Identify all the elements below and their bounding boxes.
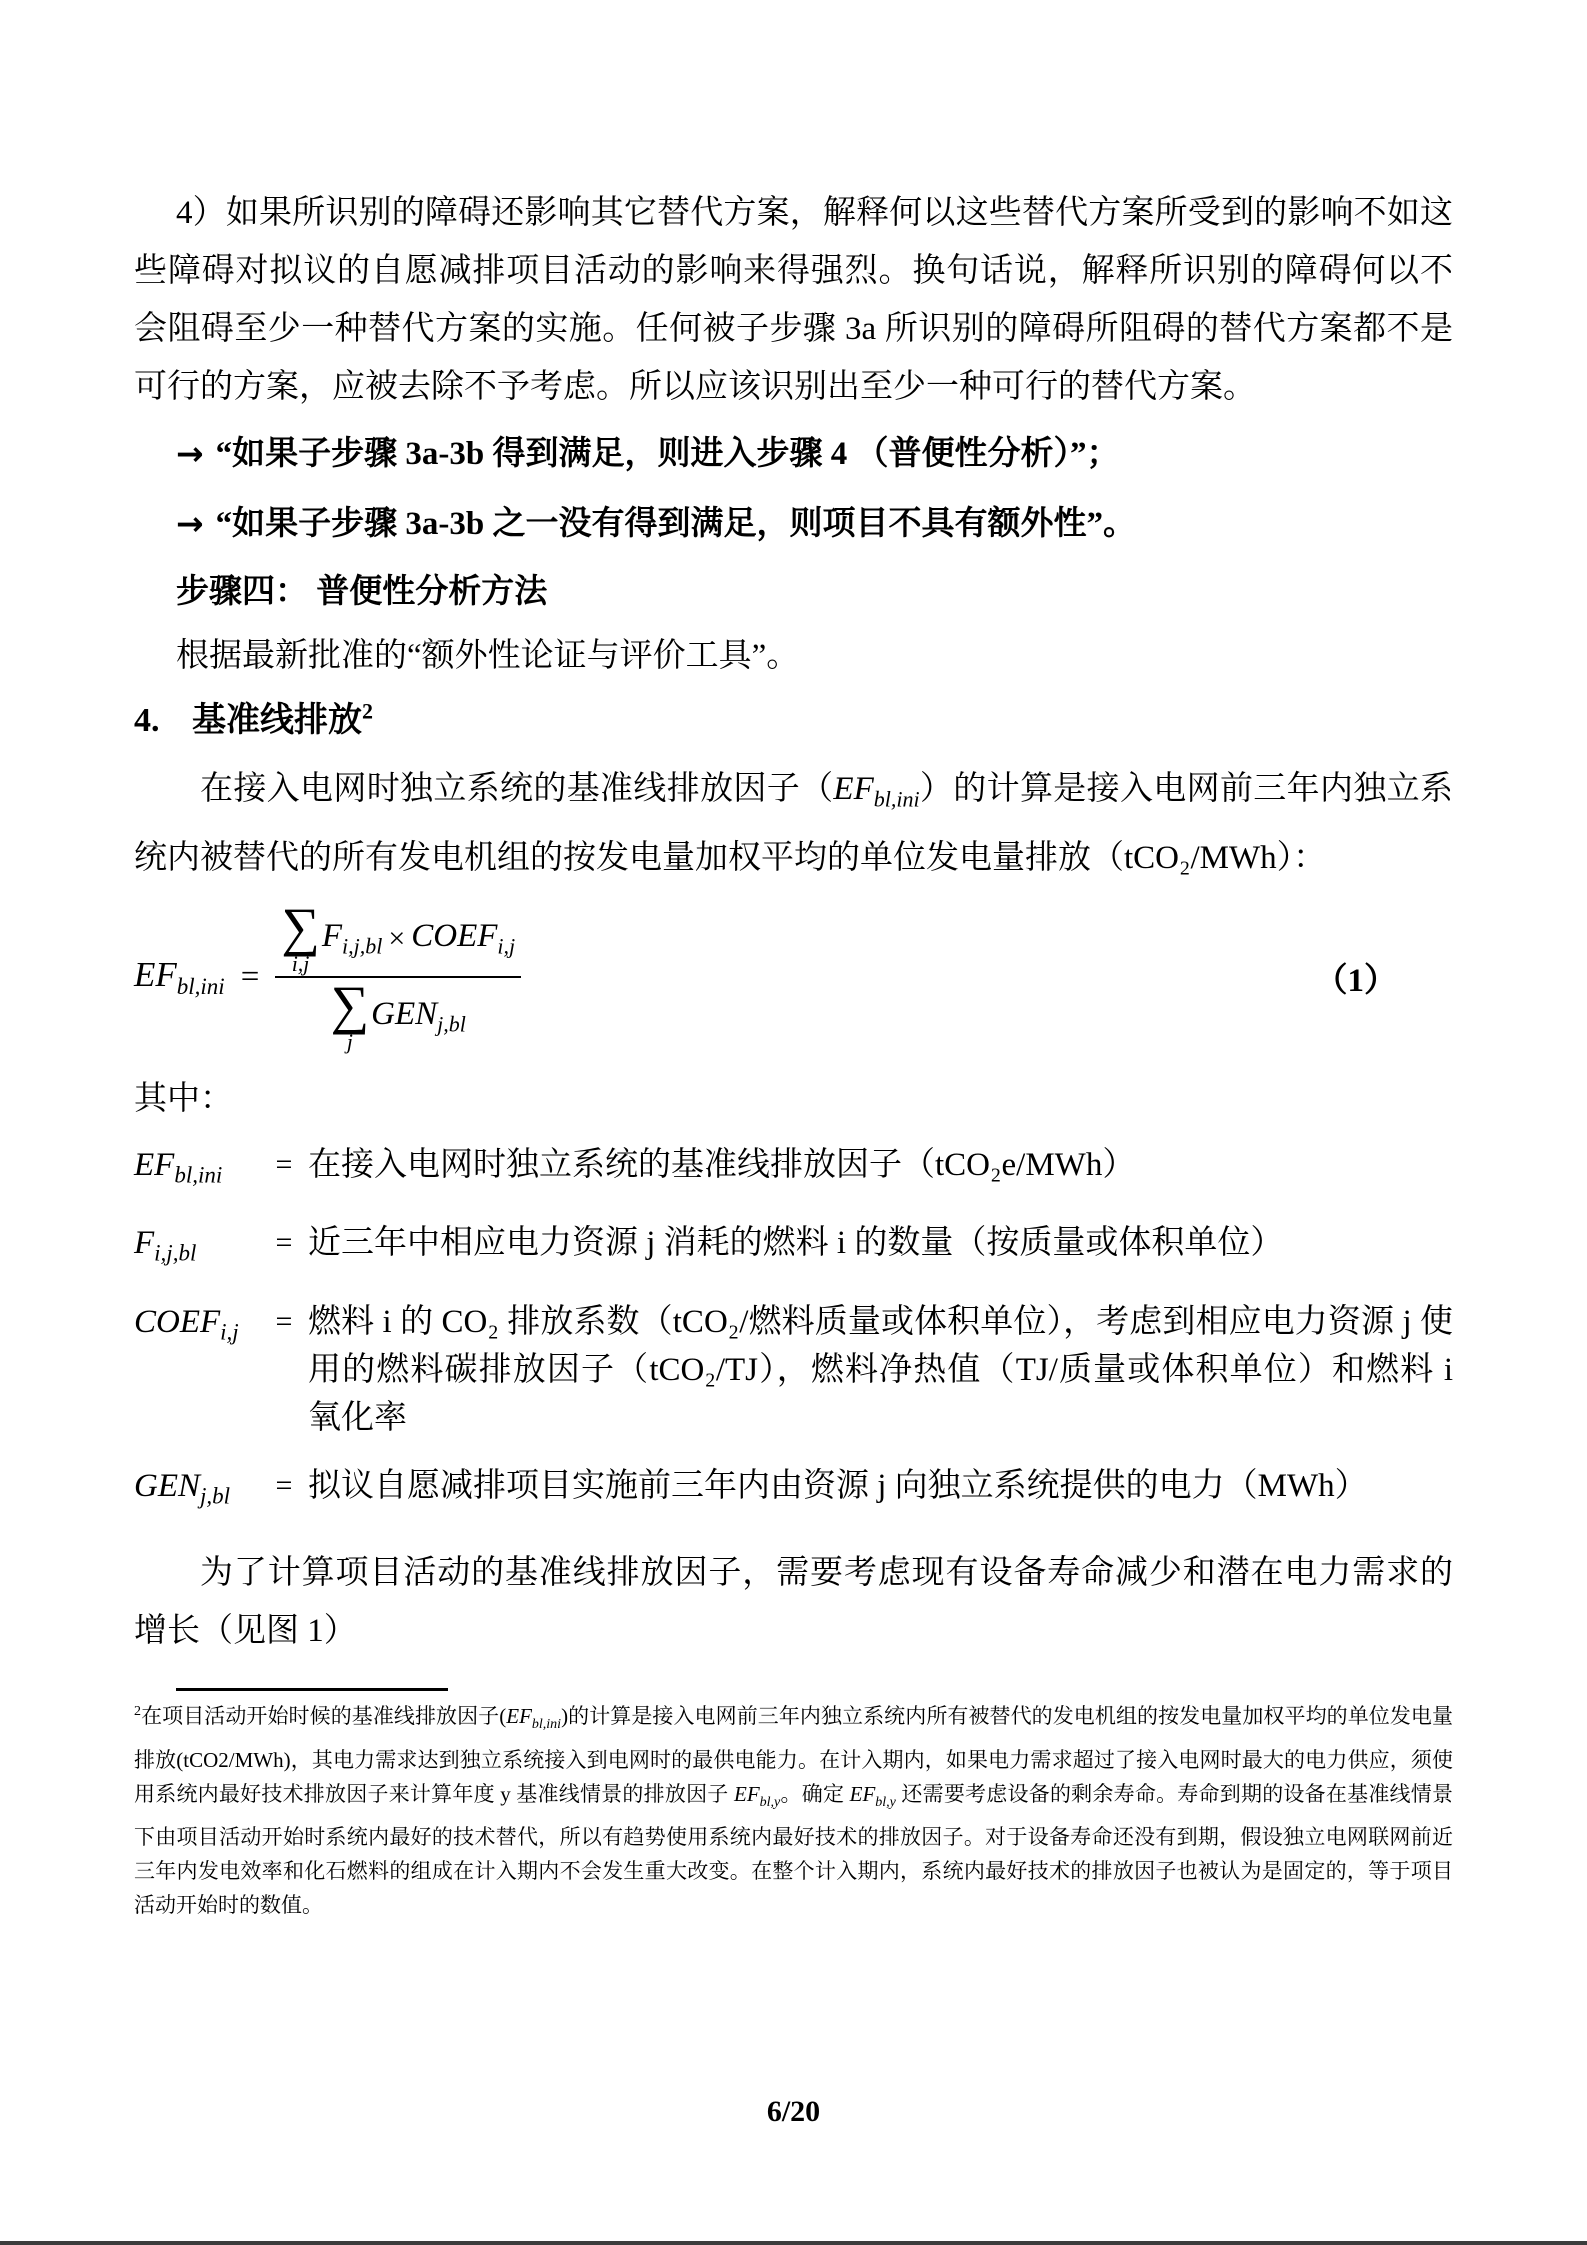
- term-ef: EFbl,ini: [134, 1141, 260, 1200]
- term-f: Fi,j,bl: [134, 1219, 260, 1278]
- sigma-icon: ∑: [281, 902, 320, 952]
- fraction-denominator: ∑ j GENj,bl: [275, 976, 521, 1054]
- equals-sign: =: [241, 959, 260, 996]
- section4-heading: 4.基准线排放2: [134, 694, 1453, 748]
- definitions-list: EFbl,ini = 在接入电网时独立系统的基准线排放因子（tCO₂e/MWh）…: [134, 1141, 1453, 1521]
- closing-paragraph: 为了计算项目活动的基准线排放因子，需要考虑现有设备寿命减少和潜在电力需求的增长（…: [134, 1544, 1453, 1660]
- coef-variable: COEFi,j: [411, 918, 515, 960]
- section4-title: 基准线排放: [192, 702, 362, 739]
- step4-heading: 步骤四： 普便性分析方法: [176, 566, 1453, 618]
- paragraph-barrier-analysis: 4）如果所识别的障碍还影响其它替代方案，解释何以这些替代方案所受到的影响不如这些…: [134, 184, 1453, 416]
- section4-number: 4.: [134, 694, 192, 748]
- definition-row-ef: EFbl,ini = 在接入电网时独立系统的基准线排放因子（tCO₂e/MWh）: [134, 1141, 1453, 1200]
- definition-text: 拟议自愿减排项目实施前三年内由资源 j 向独立系统提供的电力（MWh）: [308, 1462, 1453, 1510]
- term-gen: GENj,bl: [134, 1462, 260, 1521]
- multiply-sign: ×: [388, 922, 405, 956]
- sum-operator: ∑ i,j: [281, 902, 320, 976]
- sigma-icon: ∑: [331, 980, 370, 1030]
- sum-operator: ∑ j: [331, 980, 370, 1054]
- arrow-bullet-2: → “如果子步骤 3a-3b 之一没有得到满足，则项目不具有额外性”。: [176, 498, 1453, 550]
- footnote-separator: [176, 1688, 448, 1691]
- gen-variable: GENj,bl: [371, 996, 466, 1038]
- sigma-index: i,j: [292, 952, 310, 976]
- ef-bl-ini-lhs: EFbl,ini: [134, 955, 225, 1000]
- page-number: 6/20: [0, 2095, 1587, 2129]
- step4-body: 根据最新批准的“额外性论证与评价工具”。: [134, 630, 1453, 682]
- baseline-seg1: 在接入电网时独立系统的基准线排放因子（: [200, 771, 833, 807]
- fraction: ∑ i,j Fi,j,bl × COEFi,j ∑ j GENj,bl: [275, 902, 521, 1054]
- definition-text: 燃料 i 的 CO₂ 排放系数（tCO₂/燃料质量或体积单位），考虑到相应电力资…: [308, 1298, 1453, 1442]
- definition-row-coef: COEFi,j = 燃料 i 的 CO₂ 排放系数（tCO₂/燃料质量或体积单位…: [134, 1298, 1453, 1442]
- equals-sign: =: [260, 1141, 308, 1189]
- equals-sign: =: [260, 1219, 308, 1267]
- footnote-reference: 2: [362, 699, 373, 724]
- arrow-bullet-1: → “如果子步骤 3a-3b 得到满足，则进入步骤 4 （普便性分析）”；: [176, 428, 1453, 480]
- ef-bl-y-variable: EFbl,y: [850, 1782, 896, 1806]
- equation-1-body: EFbl,ini = ∑ i,j Fi,j,bl × COEFi,j ∑: [134, 902, 521, 1054]
- definition-row-gen: GENj,bl = 拟议自愿减排项目实施前三年内由资源 j 向独立系统提供的电力…: [134, 1462, 1453, 1521]
- definition-row-f: Fi,j,bl = 近三年中相应电力资源 j 消耗的燃料 i 的数量（按质量或体…: [134, 1219, 1453, 1278]
- footnote-seg3: 。确定: [780, 1782, 849, 1806]
- fraction-numerator: ∑ i,j Fi,j,bl × COEFi,j: [275, 902, 521, 976]
- right-arrow-icon: →: [176, 498, 204, 550]
- equation-1: EFbl,ini = ∑ i,j Fi,j,bl × COEFi,j ∑: [134, 893, 1453, 1063]
- equals-sign: =: [260, 1462, 308, 1510]
- definition-text: 近三年中相应电力资源 j 消耗的燃料 i 的数量（按质量或体积单位）: [308, 1219, 1453, 1267]
- right-arrow-icon: →: [176, 428, 204, 480]
- arrow-bullet-1-text: “如果子步骤 3a-3b 得到满足，则进入步骤 4 （普便性分析）”；: [216, 428, 1120, 480]
- ef-bl-ini-variable: EFbl,ini: [506, 1704, 561, 1728]
- where-label: 其中：: [134, 1073, 1453, 1125]
- equation-number: （1）: [1315, 954, 1398, 1001]
- baseline-paragraph: 在接入电网时独立系统的基准线排放因子（EFbl,ini）的计算是接入电网前三年内…: [134, 760, 1453, 887]
- definition-text: 在接入电网时独立系统的基准线排放因子（tCO₂e/MWh）: [308, 1141, 1453, 1189]
- sigma-index: j: [347, 1030, 353, 1054]
- footnote-2: 2在项目活动开始时候的基准线排放因子(EFbl,ini)的计算是接入电网前三年内…: [134, 1699, 1453, 1921]
- ef-bl-ini-variable: EFbl,ini: [833, 771, 919, 807]
- arrow-bullet-2-text: “如果子步骤 3a-3b 之一没有得到满足，则项目不具有额外性”。: [216, 498, 1136, 550]
- term-coef: COEFi,j: [134, 1298, 260, 1357]
- footnote-marker: 2: [134, 1704, 141, 1719]
- footnote-seg1: 在项目活动开始时候的基准线排放因子(: [141, 1704, 506, 1728]
- f-variable: Fi,j,bl: [322, 918, 383, 960]
- ef-bl-y-variable: EFbl,y: [734, 1782, 780, 1806]
- equals-sign: =: [260, 1298, 308, 1346]
- document-page: 4）如果所识别的障碍还影响其它替代方案，解释何以这些替代方案所受到的影响不如这些…: [0, 0, 1587, 2245]
